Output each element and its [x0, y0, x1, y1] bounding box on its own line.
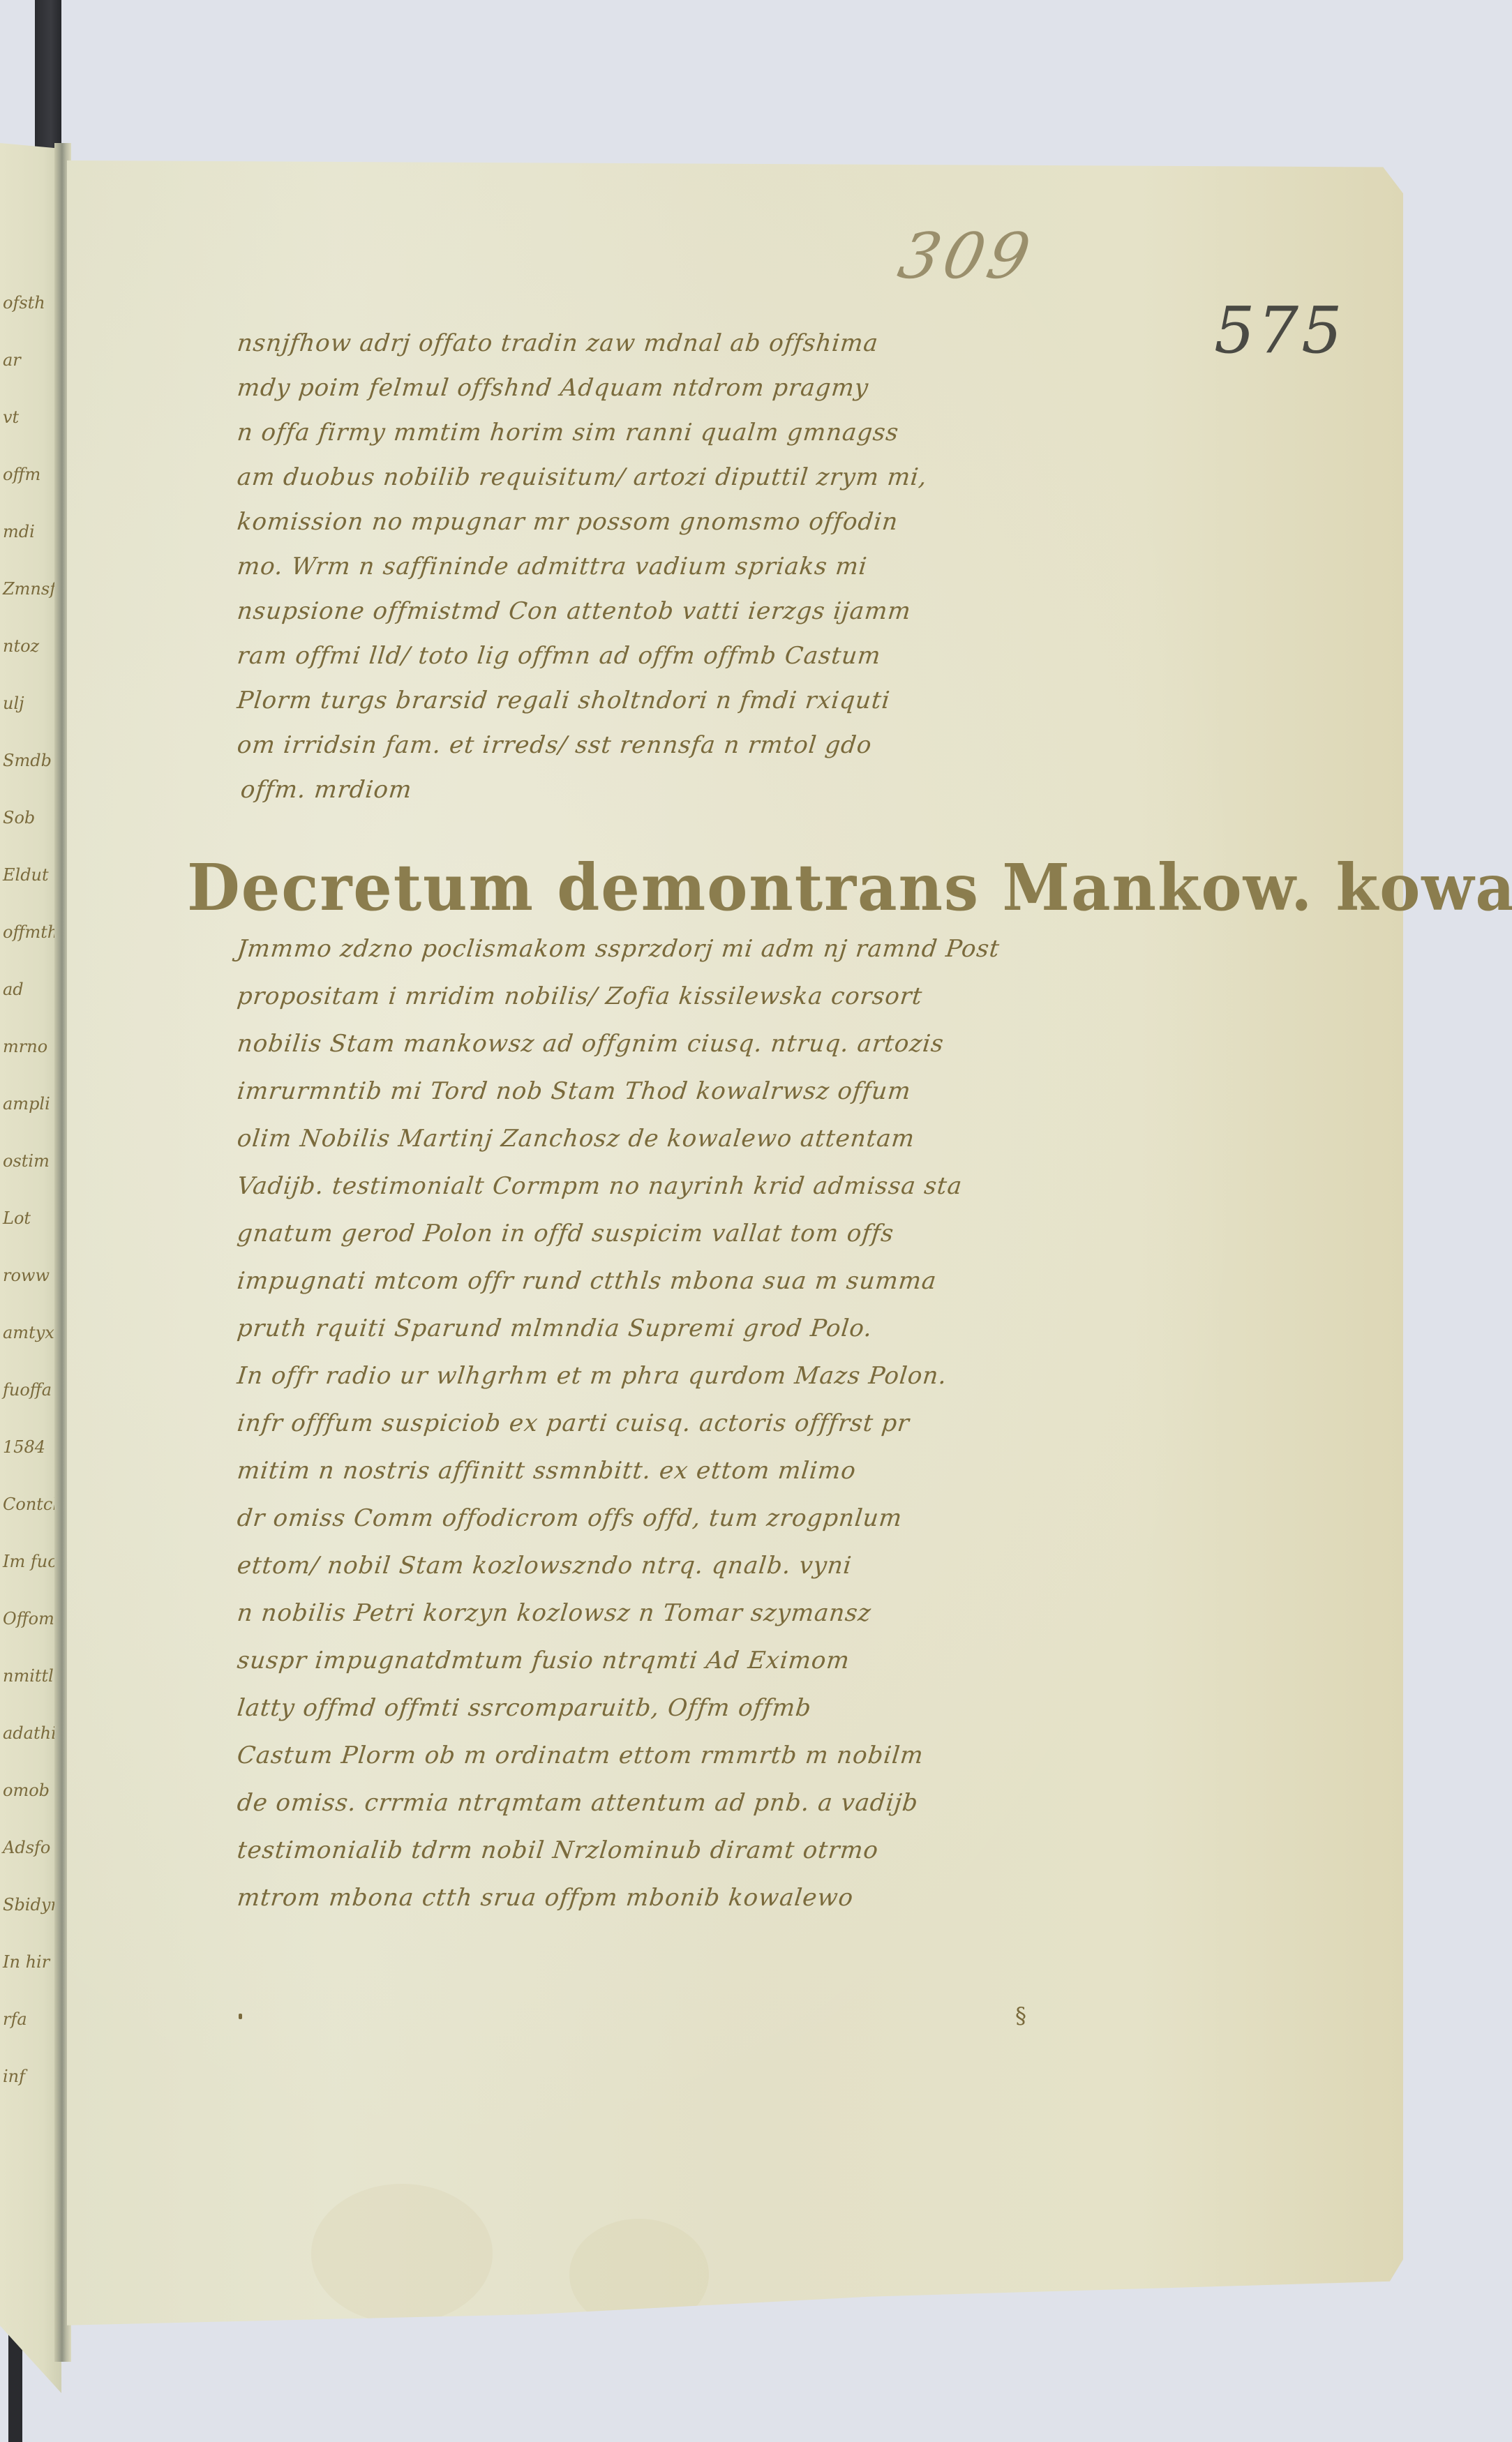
margin-note: Adsfo [3, 1838, 50, 1857]
margin-note: Smdb [3, 751, 52, 770]
text-line: Jmmmo zdzno poclismakom ssprzdorj mi adm… [236, 935, 1001, 963]
text-line: Vadijb. testimonialt Cormpm no nayrinh k… [236, 1172, 964, 1200]
margin-note: Zmnsf [3, 579, 56, 599]
text-line: olim Nobilis Martinj Zanchosz de kowalew… [236, 1125, 916, 1153]
book-spine-top [35, 0, 61, 153]
paper-stain [569, 2219, 709, 2330]
margin-note: 1584 [3, 1437, 45, 1457]
text-line: mo. Wrm n saffininde admittra vadium spr… [236, 553, 869, 580]
text-line: de omiss. crrmia ntrqmtam attentum ad pn… [236, 1789, 920, 1817]
margin-note: amtyx [3, 1323, 54, 1342]
margin-note: ofsth [3, 293, 45, 313]
text-line: komission no mpugnar mr possom gnomsmo o… [236, 508, 899, 536]
text-line: Castum Plorm ob m ordinatm ettom rmmrtb … [236, 1741, 925, 1769]
text-line: mdy poim felmul offshnd Adquam ntdrom pr… [236, 374, 870, 402]
text-line: mtrom mbona ctth srua offpm mbonib kowal… [236, 1884, 855, 1912]
margin-note: Sbidyn [3, 1895, 61, 1915]
text-line: pruth rquiti Sparund mlmndia Supremi gro… [236, 1314, 874, 1342]
margin-note: mrno [3, 1037, 47, 1056]
text-line: testimonialib tdrm nobil Nrzlominub dira… [236, 1836, 880, 1864]
text-line: latty offmd offmti ssrcomparuitb, Offm o… [236, 1694, 813, 1722]
margin-note: Sob [3, 808, 35, 827]
text-line: Plorm turgs brarsid regali sholtndori n … [236, 687, 892, 714]
text-line: am duobus nobilib requisitum/ artozi dip… [236, 463, 929, 491]
text-line: om irridsin fam. et irreds/ sst rennsfa … [236, 731, 874, 759]
text-line: ram offmi lld/ toto lig offmn ad offm of… [236, 642, 883, 670]
margin-note: ampli [3, 1094, 50, 1114]
margin-note: rfa [3, 2009, 27, 2029]
margin-note: ar [3, 350, 21, 370]
margin-note: ad [3, 980, 24, 999]
margin-note: vt [3, 407, 19, 427]
margin-note: Eldut [3, 865, 49, 885]
text-line: nobilis Stam mankowsz ad offgnim ciusq. … [236, 1030, 945, 1058]
margin-note: Im fuo [3, 1552, 58, 1571]
text-line: impugnati mtcom offr rund ctthls mbona s… [236, 1267, 938, 1295]
text-line: propositam i mridim nobilis/ Zofia kissi… [236, 982, 924, 1010]
text-line: mitim n nostris affinitt ssmnbitt. ex et… [236, 1457, 858, 1485]
text-line: dr omiss Comm offodicrom offs offd, tum … [236, 1504, 904, 1532]
folio-number-ink: 575 [1214, 293, 1345, 368]
margin-note: ntoz [3, 636, 39, 656]
margin-note: nmittl [3, 1666, 54, 1686]
end-mark: § [1015, 2002, 1026, 2029]
margin-note: In hir [3, 1952, 50, 1972]
text-line: In offr radio ur wlhgrhm et m phra qurdo… [236, 1362, 948, 1390]
margin-note: roww [3, 1266, 50, 1285]
ink-dot [239, 2014, 242, 2019]
margin-note: ostim [3, 1151, 50, 1171]
text-line: gnatum gerod Polon in offd suspicim vall… [236, 1220, 895, 1248]
folio-number-pencil: 309 [892, 220, 1040, 293]
margin-note: fuoffa [3, 1380, 52, 1400]
text-line: suspr impugnatdmtum fusio ntrqmti Ad Exi… [236, 1647, 851, 1675]
margin-note: Offom [3, 1609, 54, 1628]
text-line: ettom/ nobil Stam kozlowszndo ntrq. qnal… [236, 1552, 853, 1580]
margin-note: offm [3, 465, 40, 484]
text-line: nsnjfhow adrj offato tradin zaw mdnal ab… [236, 329, 880, 357]
entry-heading: Decretum demontrans Mankow. kowalewo [187, 850, 1512, 925]
text-line: n nobilis Petri korzyn kozlowsz n Tomar … [236, 1599, 873, 1627]
margin-note: offmth [3, 922, 58, 942]
text-line: nsupsione offmistmd Con attentob vatti i… [236, 597, 913, 625]
text-line: n offa firmy mmtim horim sim ranni qualm… [236, 419, 900, 447]
margin-note: mdi [3, 522, 35, 541]
text-line: infr offfum suspiciob ex parti cuisq. ac… [236, 1409, 911, 1437]
margin-note: Lot [3, 1208, 31, 1228]
text-line: offm. mrdiom [239, 776, 414, 804]
text-line: imrurmntib mi Tord nob Stam Thod kowalrw… [236, 1077, 913, 1105]
paper-stain [311, 2184, 493, 2323]
margin-note: inf [3, 2067, 25, 2086]
margin-note: ulj [3, 694, 24, 713]
